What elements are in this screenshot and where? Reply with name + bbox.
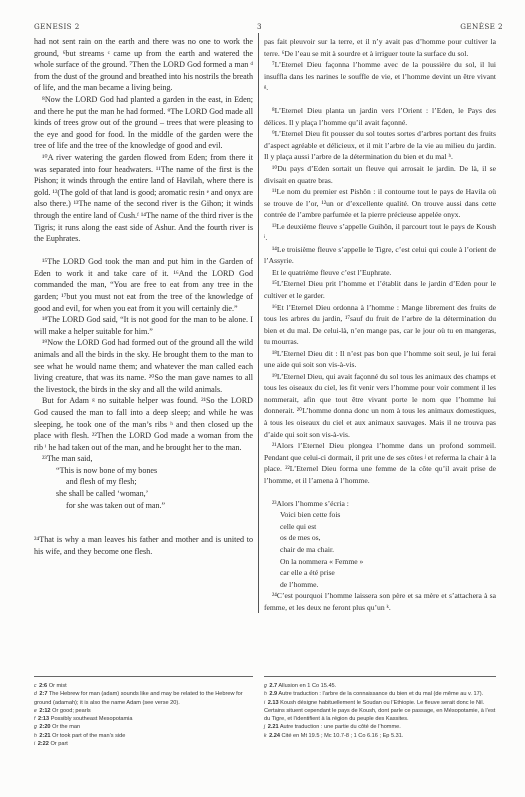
section-gap <box>34 523 253 535</box>
paragraph: ⁷L’Eternel Dieu façonna l’homme avec de … <box>264 59 496 94</box>
section-gap <box>34 245 253 257</box>
paragraph: ⁸Now the LORD God had planted a garden i… <box>34 94 253 152</box>
footnote: g 2:20 Or the man <box>34 723 253 731</box>
paragraph: pas fait pleuvoir sur la terre, et il n’… <box>264 36 496 59</box>
french-column: pas fait pleuvoir sur la terre, et il n’… <box>264 36 496 613</box>
paragraph: had not sent rain on the earth and there… <box>34 36 253 94</box>
section-gap <box>264 94 496 106</box>
column-divider <box>258 33 259 613</box>
footnote: f 2:13 Possibly southeast Mesopotamia <box>34 715 253 723</box>
french-footnotes: g 2.7 Allusion en 1 Co 15.45. h 2.9 Autr… <box>264 682 496 740</box>
paragraph: ¹⁸The LORD God said, “It is not good for… <box>34 314 253 337</box>
footnote: g 2.7 Allusion en 1 Co 15.45. <box>264 682 496 690</box>
running-head-right: GENÈSE 2 <box>460 22 503 31</box>
footnote-rule-french <box>264 676 496 677</box>
poem-line: os de mes os, <box>264 532 496 544</box>
footnote-rule-english <box>34 676 253 677</box>
footnote: c 2:6 Or mist <box>34 682 253 690</box>
closing-verse: ²⁴That is why a man leaves his father an… <box>34 534 253 557</box>
footnote: i 2:22 Or part <box>34 740 253 748</box>
paragraph: But for Adam ᵍ no suitable helper was fo… <box>34 395 253 453</box>
paragraph: ¹⁹L’Eternel Dieu, qui avait façonné du s… <box>264 371 496 440</box>
paragraph: ¹¹Le nom du premier est Pishôn : il cont… <box>264 186 496 221</box>
footnote: e 2:12 Or good; pearls <box>34 707 253 715</box>
footnote: j 2.21 Autre traduction : une partie du … <box>264 723 496 731</box>
paragraph: ¹³Le deuxième fleuve s’appelle Guihôn, i… <box>264 221 496 244</box>
section-gap <box>34 511 253 523</box>
poem-line: de l’homme. <box>264 579 496 591</box>
paragraph: ¹⁴Le troisième fleuve s’appelle le Tigre… <box>264 244 496 267</box>
paragraph: ⁸L’Eternel Dieu planta un jardin vers l’… <box>264 105 496 128</box>
footnote: h 2:21 Or took part of the man’s side <box>34 732 253 740</box>
poem-line: she shall be called ‘woman,’ <box>34 488 253 500</box>
paragraph: Et le quatrième fleuve c’est l’Euphrate. <box>264 267 496 279</box>
footnote: k 2.24 Cité en Mt 19.5 ; Mc 10.7-8 ; 1 C… <box>264 732 496 740</box>
poem-line: Voici bien cette fois <box>264 509 496 521</box>
paragraph: ²³Alors l’homme s’écria : <box>264 498 496 510</box>
footnote: d 2:7 The Hebrew for man (adam) sounds l… <box>34 690 253 707</box>
paragraph: ¹⁰A river watering the garden flowed fro… <box>34 152 253 245</box>
page-number: 3 <box>257 22 262 31</box>
paragraph: ¹⁵The LORD God took the man and put him … <box>34 256 253 314</box>
paragraph: ¹⁸L’Eternel Dieu dit : Il n’est pas bon … <box>264 348 496 371</box>
paragraph: ²¹Alors l’Eternel Dieu plongea l’homme d… <box>264 440 496 486</box>
poem-line: and flesh of my flesh; <box>34 476 253 488</box>
paragraph: ⁹L’Eternel Dieu fit pousser du sol toute… <box>264 128 496 163</box>
poem-line: celle qui est <box>264 521 496 533</box>
running-head-left: GENESIS 2 <box>34 22 80 31</box>
english-footnotes: c 2:6 Or mist d 2:7 The Hebrew for man (… <box>34 682 253 748</box>
paragraph: ²³The man said, <box>34 453 253 465</box>
paragraph: ¹⁵L’Eternel Dieu prit l’homme et l’établ… <box>264 278 496 301</box>
english-column: had not sent rain on the earth and there… <box>34 36 253 557</box>
poem-line: car elle a été prise <box>264 567 496 579</box>
paragraph: ¹⁹Now the LORD God had formed out of the… <box>34 337 253 395</box>
section-gap <box>264 486 496 498</box>
footnote: i 2.13 Koush désigne habituellement le S… <box>264 699 496 724</box>
poem-line: chair de ma chair. <box>264 544 496 556</box>
poem-line: On la nommera « Femme » <box>264 556 496 568</box>
paragraph: ¹⁰Du pays d’Eden sortait un fleuve qui a… <box>264 163 496 186</box>
bible-page: GENESIS 2 3 GENÈSE 2 had not sent rain o… <box>0 0 525 797</box>
paragraph: ¹⁶Et l’Eternel Dieu ordonna à l’homme : … <box>264 302 496 348</box>
poem-line: “This is now bone of my bones <box>34 465 253 477</box>
poem-line: for she was taken out of man.” <box>34 500 253 512</box>
footnote: h 2.9 Autre traduction : l’arbre de la c… <box>264 690 496 698</box>
closing-verse: ²⁴C’est pourquoi l’homme laissera son pè… <box>264 590 496 613</box>
